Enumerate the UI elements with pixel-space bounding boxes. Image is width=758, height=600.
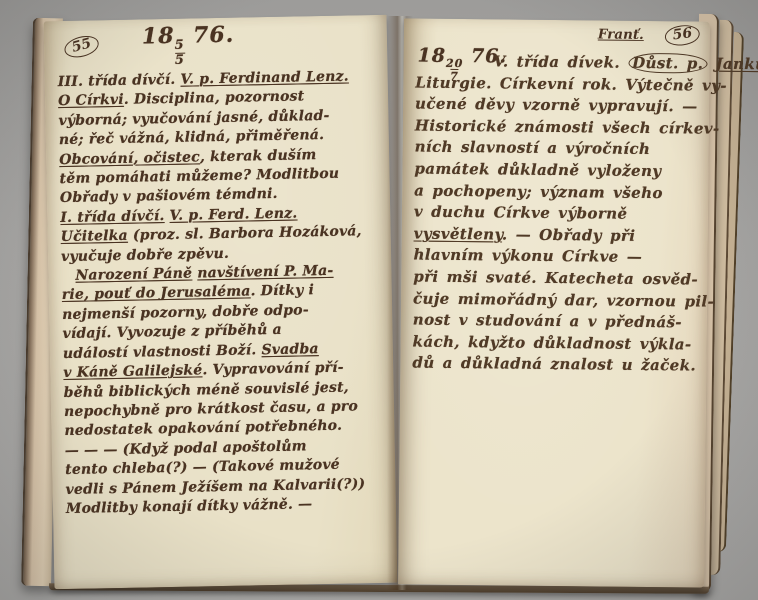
manuscript-line: při mši svaté. Katecheta osvěd- xyxy=(413,266,703,291)
right-page: Franť. 56 18207 76. V. třída dívek. Důst… xyxy=(398,18,710,587)
manuscript-line: v duchu Církve výborně xyxy=(414,202,704,227)
manuscript-line: kách, kdyžto důkladnost výkla- xyxy=(412,331,702,356)
manuscript-line: hlavním výkonu Církve — xyxy=(413,245,703,270)
notebook: 55 1855 76. III. třída dívčí. V. p. Ferd… xyxy=(25,6,737,594)
page-number-left: 55 xyxy=(62,32,101,61)
manuscript-line: Historické známosti všech církev- xyxy=(415,115,705,140)
manuscript-line: a pochopeny; význam všeho xyxy=(414,180,704,205)
manuscript-line: učené děvy vzorně vypravují. — xyxy=(415,94,705,119)
left-page: 55 1855 76. III. třída dívčí. V. p. Ferd… xyxy=(44,15,398,589)
left-page-text: III. třída dívčí. V. p. Ferdinand Lenz.O… xyxy=(58,67,391,519)
date-year-suffix: 76. xyxy=(193,22,235,49)
date-year-prefix: 18 xyxy=(142,23,175,50)
right-page-text: V. třída dívek. Důst. p. Janků.Liturgie.… xyxy=(412,51,705,378)
page-number-right: 56 xyxy=(663,23,701,47)
manuscript-line: Liturgie. Církevní rok. Výtečně vy- xyxy=(415,72,705,97)
manuscript-line: čuje mimořádný dar, vzornou pil- xyxy=(413,288,703,313)
manuscript-line: ních slavností a výročních xyxy=(415,137,705,162)
manuscript-line: V. třída dívek. Důst. p. Janků. xyxy=(415,51,705,76)
margin-annotation: Franť. xyxy=(598,26,644,42)
manuscript-line: vysvětleny. — Obřady při xyxy=(414,223,704,248)
photo-background: 55 1855 76. III. třída dívčí. V. p. Ferd… xyxy=(0,0,758,600)
entry-date-left: 1855 76. xyxy=(142,22,235,68)
manuscript-line: nost v studování a v přednáš- xyxy=(413,310,703,335)
manuscript-line: dů a důkladná znalost u žaček. xyxy=(412,353,702,378)
manuscript-line: památek důkladně vyloženy xyxy=(414,159,704,184)
date-day-month-fraction: 55 xyxy=(175,39,185,67)
